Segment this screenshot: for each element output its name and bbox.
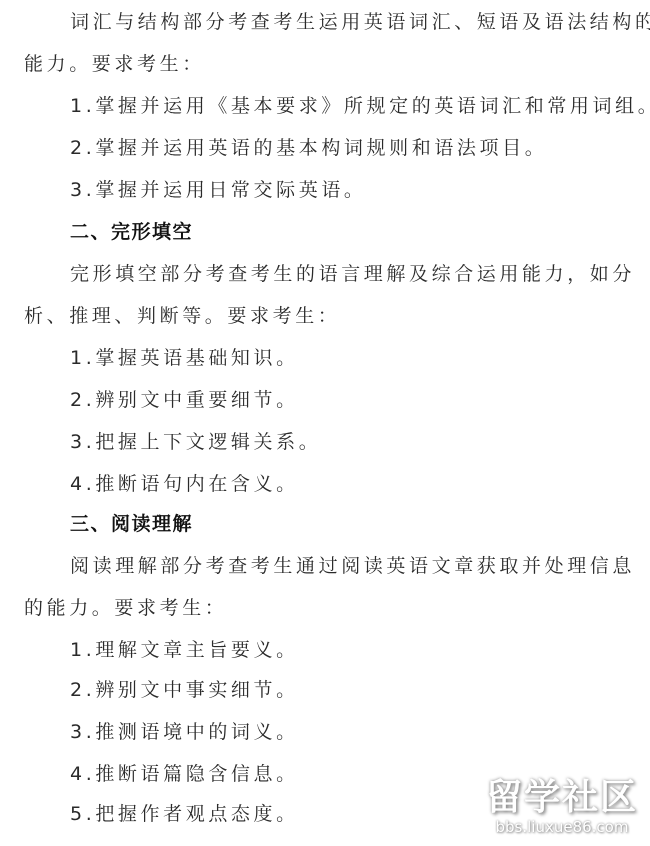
list-item: 2.辨别文中事实细节。 (70, 675, 299, 705)
watermark-title: 留学社区 (482, 778, 642, 818)
list-item: 4.推断语篇隐含信息。 (70, 759, 299, 789)
list-item: 5.把握作者观点态度。 (70, 799, 299, 829)
list-item: 3.推测语境中的词义。 (70, 717, 299, 747)
list-item: 1.掌握并运用《基本要求》所规定的英语词汇和常用词组。 (70, 91, 650, 121)
document-page: 词汇与结构部分考查考生运用英语词汇、短语及语法结构的 能力。要求考生： 1.掌握… (0, 0, 650, 846)
paragraph-cloze-line-2: 析、推理、判断等。要求考生： (24, 301, 340, 331)
paragraph-vocabulary-line-1: 词汇与结构部分考查考生运用英语词汇、短语及语法结构的 (70, 7, 650, 37)
paragraph-vocabulary-line-2: 能力。要求考生： (24, 49, 205, 79)
list-item: 4.推断语句内在含义。 (70, 469, 299, 499)
watermark-url: bbs.liuxue86.com (482, 818, 642, 836)
list-item: 1.掌握英语基础知识。 (70, 343, 299, 373)
list-item: 2.掌握并运用英语的基本构词规则和语法项目。 (70, 133, 547, 163)
list-item: 1.理解文章主旨要义。 (70, 635, 299, 665)
list-item: 2.辨别文中重要细节。 (70, 385, 299, 415)
list-item: 3.把握上下文逻辑关系。 (70, 427, 321, 457)
section-heading-reading: 三、阅读理解 (70, 509, 193, 539)
list-item: 3.掌握并运用日常交际英语。 (70, 175, 367, 205)
paragraph-reading-line-2: 的能力。要求考生： (24, 593, 227, 623)
section-heading-cloze: 二、完形填空 (70, 217, 193, 247)
paragraph-reading-line-1: 阅读理解部分考查考生通过阅读英语文章获取并处理信息 (70, 551, 635, 581)
watermark-logo: 留学社区 bbs.liuxue86.com (482, 778, 642, 840)
paragraph-cloze-line-1: 完形填空部分考查考生的语言理解及综合运用能力，如分 (70, 259, 635, 289)
